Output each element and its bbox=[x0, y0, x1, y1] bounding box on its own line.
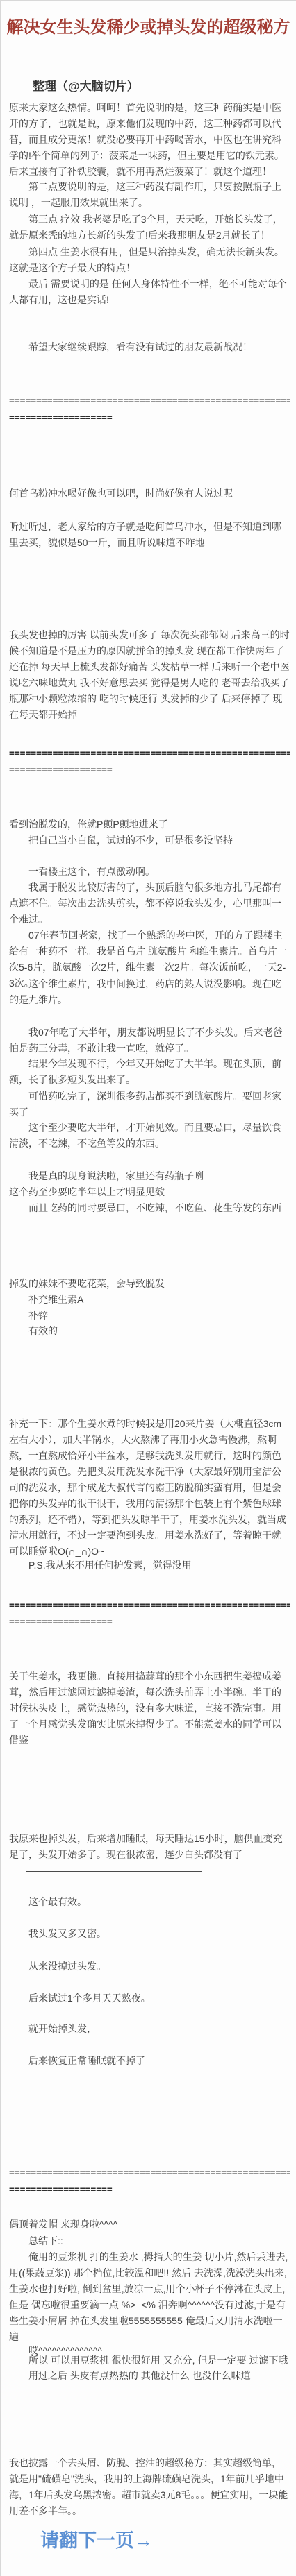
reply-shouwupian-line: 这个维生素片，我中间换过，药店的熟人说没影响。现在吃的是九维片。 bbox=[9, 976, 290, 1008]
reply-sleep-line: 我头发又多又密。 bbox=[9, 1926, 290, 1942]
post-paragraph-3: 第三点 疗效 我老婆是吃了3个月，天天吃，开始长头发了，就是原来秃的地方长新的头… bbox=[9, 212, 290, 244]
separator-line-short: =================== bbox=[9, 2182, 290, 2199]
reply-sleep-intro: 我原来也掉头发，后来增加睡眠，每天睡达15小时，脑供血变充足了，头发开始多了。现… bbox=[9, 1831, 290, 1863]
separator: ========================================… bbox=[9, 2165, 290, 2199]
post-paragraph-2: 第二点要说明的是，这三种药没有副作用，只要按照瓶子上说明 ，一起服用效果就出来了… bbox=[9, 179, 290, 211]
post-closing: 希望大家继续跟踪，看有没有试过的朋友最新战况！ bbox=[9, 339, 290, 355]
reply-heshouwu-answer: 听过听过，老人家给的方子就是吃何首乌冲水，但是不知道到哪里去买，貌似是50一斤，… bbox=[9, 519, 290, 551]
reply-doujiang-line: 偶顶着发帽 来现身啦^^^^ bbox=[9, 2217, 290, 2233]
reply-shouwupian-line: 我属于脱发比较厉害的了，头顶后脑勺很多地方扎马尾都有点遮不住。每次出去洗头剪头，… bbox=[9, 880, 290, 928]
reply-liuweidihuang: 我头发也掉的厉害 以前头发可多了 每次洗头都郁闷 后来高三的时候不知道是不是压力… bbox=[9, 627, 290, 723]
separator-line-short: =================== bbox=[9, 762, 290, 779]
separator-line-long: ========================================… bbox=[9, 393, 290, 410]
reply-huacai-line: 补锌 bbox=[9, 1308, 290, 1324]
separator: ========================================… bbox=[9, 1598, 290, 1631]
reply-jiangshui-ps: P.S.我从来不用任何护发素，觉得没用 bbox=[9, 1558, 290, 1573]
separator: ========================================… bbox=[9, 393, 290, 427]
reply-shouwupian-line: 看到治脱发的，俺就P颠P颠地进来了 bbox=[9, 817, 290, 833]
post-paragraph-1: 原来大家这么热情。呵呵！首先说明的是，这三种药确实是中医开的方子，也就是说，原来… bbox=[9, 100, 290, 180]
reply-doujiang-line: 总结下:: bbox=[9, 2233, 290, 2249]
reply-shouwupian-line: 一看楼主这个，有点激动啊。 bbox=[9, 864, 290, 880]
reply-sleep-line: 这个最有效。 bbox=[9, 1894, 290, 1910]
reply-doujiang-body: 俺用的豆浆机 打的生姜水 ,拇指大的生姜 切小片,然后丢进去,用((果蔬豆浆))… bbox=[9, 2249, 290, 2345]
reply-sleep-line: 从来没掉过头发。 bbox=[9, 1959, 290, 1974]
reply-huacai-line: 掉发的妹妹不要吃花菜，会导致脱发 bbox=[9, 1276, 290, 1292]
reply-sleep-line: 后来试过1个多月天天熬夜。 bbox=[9, 1990, 290, 2006]
page-title: 解决女生头发稀少或掉头发的超级秘方 bbox=[3, 10, 293, 44]
reply-sulfur-soap: 我也披露一个去头屑、防脱、控油的超级秘方：其实超级简单，就是用"硫磺皂"洗头，我… bbox=[9, 2455, 290, 2519]
reply-huacai-line: 补充维生素A bbox=[9, 1292, 290, 1308]
reply-shouwupian-line: 把自己当小白鼠，试过的不少，可是很多没坚持 bbox=[9, 833, 290, 848]
reply-heshouwu-question: 何首乌粉冲水喝好像也可以吧，时尚好像有人说过呢 bbox=[9, 486, 290, 502]
reply-doujiang-line: 用过之后 头皮有点热热的 其他没什么 也没什么味道 bbox=[9, 2368, 290, 2384]
reply-huacai-line: 有效的 bbox=[9, 1323, 290, 1339]
separator: ========================================… bbox=[9, 746, 290, 779]
reply-shouwupian-line: 而且吃药的同时要忌口，不吃辣，不吃鱼、花生等发的东西 bbox=[9, 1200, 290, 1216]
reply-jiangrong: 关于生姜水，我更懒。直接用捣蒜茸的那个小东西把生姜捣成姜茸，然后用过滤网过滤掉姜… bbox=[9, 1669, 290, 1748]
reply-shouwupian-line: 这个药至少要吃半年以上才明显见效 bbox=[9, 1184, 290, 1200]
reply-shouwupian-line: 可惜药吃完了，深圳很多药店都买不到胱氨酸片。要回老家买了 bbox=[9, 1089, 290, 1120]
separator-line-short: =================== bbox=[9, 410, 290, 427]
separator-line-long: ========================================… bbox=[9, 2165, 290, 2182]
document-page: 解决女生头发稀少或掉头发的超级秘方 整理（@大脑切片） 原来大家这么热情。呵呵！… bbox=[0, 0, 296, 2576]
separator-line-long: ========================================… bbox=[9, 746, 290, 762]
reply-sleep-line: 就开始掉头发， bbox=[9, 2021, 290, 2037]
post-paragraph-5: 最后 需要说明的是 任何人身体特性不一样，绝不可能对每个人都有用，这也是实话! bbox=[9, 276, 290, 308]
reply-shouwupian-line: 我是真的现身说法啦，家里还有药瓶子咧 bbox=[9, 1168, 290, 1184]
separator-line-long: ========================================… bbox=[9, 1598, 290, 1614]
next-page-link[interactable]: 请翻下一页→ bbox=[40, 2530, 153, 2552]
reply-shouwupian-line: 结果今年发现不行，今年又开始吃了大半年。现在头顶，前额，长了很多短头发出来了。 bbox=[9, 1056, 290, 1088]
author-line: 整理（@大脑切片） bbox=[9, 78, 290, 94]
reply-doujiang-line: 所以 可以用豆浆机 很快很好用 又充分, 但是一定要 过滤下哦 bbox=[9, 2353, 290, 2369]
reply-sleep-line: 后来恢复正常睡眠就不掉了 bbox=[9, 2053, 290, 2069]
reply-jiangshui-boil: 补充一下：那个生姜水煮的时候我是用20来片姜（大概直径3cm左右大小），加大半锅… bbox=[9, 1416, 290, 1560]
divider-line bbox=[26, 1871, 202, 1872]
separator-line-short: =================== bbox=[9, 1614, 290, 1631]
reply-shouwupian-line: 这个至少要吃大半年，才开始见效。而且要忌口，尽量饮食清淡，不吃辣，不吃鱼等发的东… bbox=[9, 1120, 290, 1152]
post-paragraph-4: 第四点 生姜水很有用，但是只治掉头发，确无法长新头发。这就是这个方子最大的特点！ bbox=[9, 244, 290, 276]
reply-shouwupian-line: 我07年吃了大半年，朋友都说明显长了不少头发。后来老爸怕是药三分毒，不敢让我一直… bbox=[9, 1025, 290, 1057]
